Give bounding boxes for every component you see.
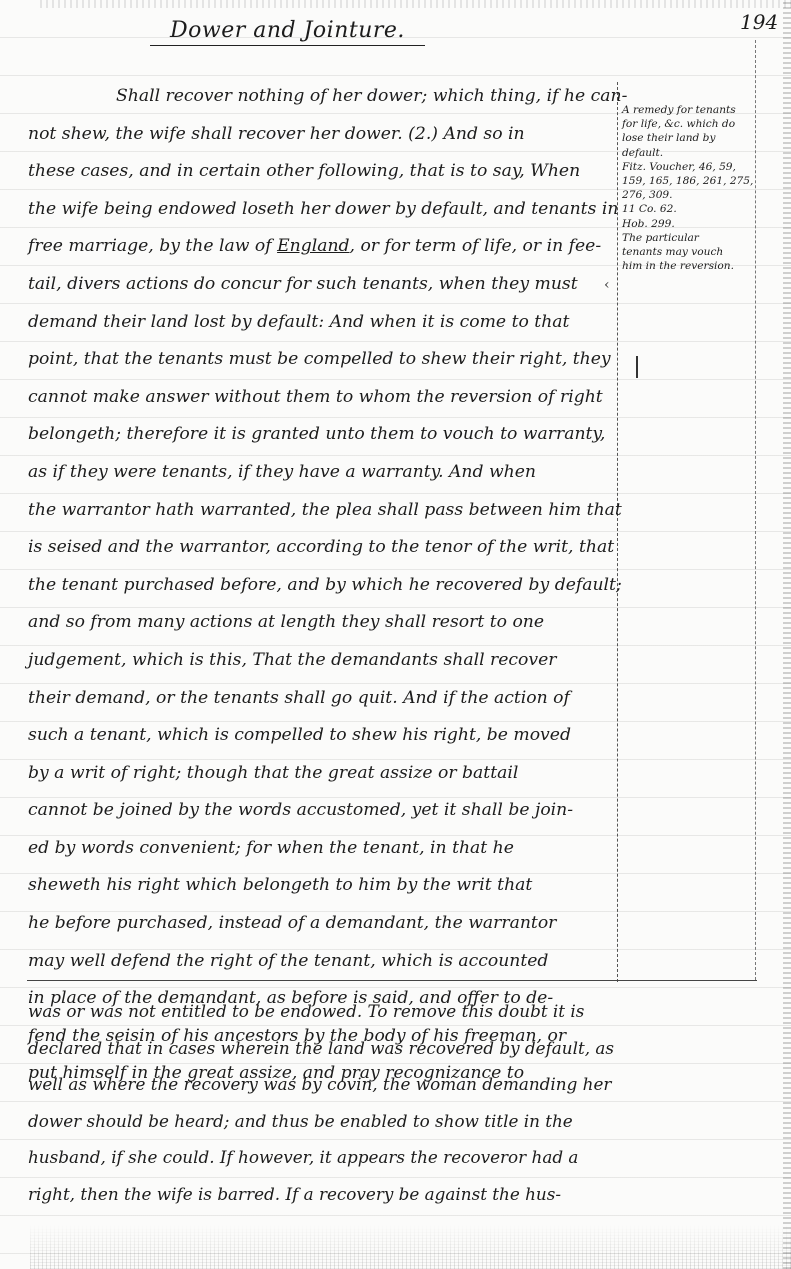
manuscript-page: Dower and Jointure. 194 Shall recover no… — [0, 0, 791, 1269]
footnote-line: dower should be heard; and thus be enabl… — [28, 1103, 768, 1140]
margin-note: A remedy for tenantsfor life, &c. which … — [622, 103, 754, 273]
body-line: such a tenant, which is compelled to she… — [28, 717, 620, 755]
body-line: cannot make answer without them to whom … — [28, 379, 620, 417]
body-line: is seised and the warrantor, according t… — [28, 529, 620, 567]
margin-note-line: default. — [622, 146, 754, 160]
margin-note-line: tenants may vouch — [622, 245, 754, 259]
body-line: point, that the tenants must be compelle… — [28, 341, 620, 379]
margin-note-line: him in the reversion. — [622, 259, 754, 273]
body-line: as if they were tenants, if they have a … — [28, 454, 620, 492]
page-number: 194 — [740, 10, 778, 34]
scan-noise-top — [40, 0, 791, 8]
body-line: tail, divers actions do concur for such … — [28, 266, 620, 304]
body-line: he before purchased, instead of a demand… — [28, 905, 620, 943]
margin-note-line: 276, 309. — [622, 188, 754, 202]
body-line: not shew, the wife shall recover her dow… — [28, 116, 620, 154]
footnote-line: right, then the wife is barred. If a rec… — [28, 1176, 768, 1213]
body-line: free marriage, by the law of England, or… — [28, 228, 620, 266]
body-line: may well defend the right of the tenant,… — [28, 943, 620, 981]
margin-note-line: A remedy for tenants — [622, 103, 754, 117]
body-line: Shall recover nothing of her dower; whic… — [28, 78, 620, 116]
body-line: belongeth; therefore it is granted unto … — [28, 416, 620, 454]
footnote-separator — [27, 980, 757, 981]
line-continuation: , or for term of life, or in fee- — [350, 236, 602, 256]
footnote-line: well as where the recovery was by covin,… — [28, 1066, 768, 1103]
body-line: judgement, which is this, That the deman… — [28, 642, 620, 680]
body-line: their demand, or the tenants shall go qu… — [28, 680, 620, 718]
margin-note-line: Fitz. Voucher, 46, 59, — [622, 160, 754, 174]
scan-noise-bottom — [30, 1224, 791, 1269]
margin-note-line: 159, 165, 186, 261, 275, — [622, 174, 754, 188]
footnote-line: was or was not entitled to be endowed. T… — [28, 993, 768, 1030]
body-line: and so from many actions at length they … — [28, 604, 620, 642]
scan-edge-right — [783, 0, 791, 1269]
underlined-word: England — [277, 236, 349, 256]
margin-rule-right — [755, 40, 757, 980]
body-text: Shall recover nothing of her dower; whic… — [28, 78, 620, 1093]
footnote-line: declared that in cases wherein the land … — [28, 1030, 768, 1067]
footnote-text: was or was not entitled to be endowed. T… — [28, 993, 768, 1212]
body-line: sheweth his right which belongeth to him… — [28, 867, 620, 905]
body-line: the warrantor hath warranted, the plea s… — [28, 492, 620, 530]
margin-note-line: The particular — [622, 231, 754, 245]
body-line: demand their land lost by default: And w… — [28, 304, 620, 342]
body-line: ed by words convenient; for when the ten… — [28, 830, 620, 868]
margin-pointer-icon: ‹ — [604, 277, 610, 293]
body-line: cannot be joined by the words accustomed… — [28, 792, 620, 830]
body-line: these cases, and in certain other follow… — [28, 153, 620, 191]
body-line: by a writ of right; though that the grea… — [28, 755, 620, 793]
body-line: the tenant purchased before, and by whic… — [28, 567, 620, 605]
page-title: Dower and Jointure. — [150, 18, 425, 46]
margin-note-line: Hob. 299. — [622, 217, 754, 231]
margin-note-line: lose their land by — [622, 131, 754, 145]
margin-tick-mark — [636, 356, 638, 378]
margin-note-line: 11 Co. 62. — [622, 202, 754, 216]
body-line: the wife being endowed loseth her dower … — [28, 191, 620, 229]
margin-note-line: for life, &c. which do — [622, 117, 754, 131]
footnote-line: husband, if she could. If however, it ap… — [28, 1139, 768, 1176]
